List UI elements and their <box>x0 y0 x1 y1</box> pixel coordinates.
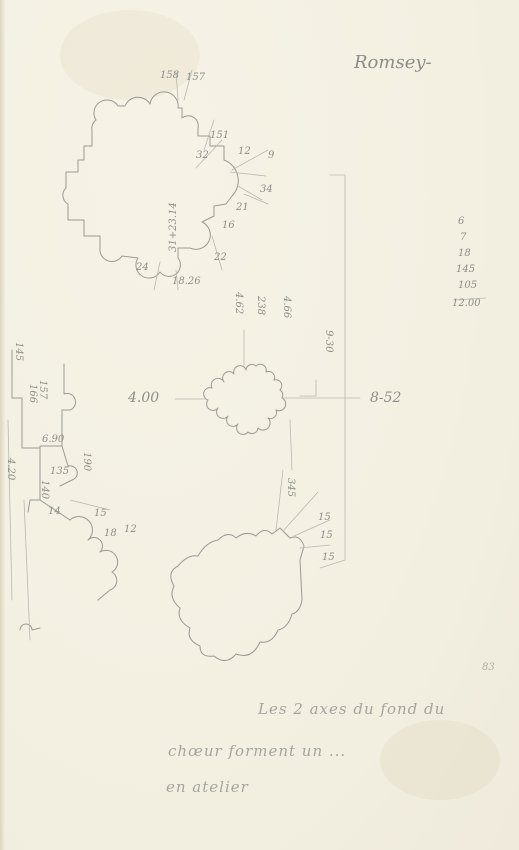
dim-label: 31+23.14 <box>168 202 179 252</box>
tally-value: 105 <box>458 280 477 291</box>
dim-label: 15 <box>94 508 107 519</box>
dim-label: 18 <box>104 528 117 539</box>
dim-label: 15 <box>322 552 335 563</box>
dim-label: 24 <box>136 262 149 273</box>
sketch-sheet: Romsey- 158 157 151 12 9 32 34 21 16 31+… <box>0 0 519 850</box>
dim-label: 157 <box>37 380 48 399</box>
dim-label: 14 <box>48 506 61 517</box>
dim-label: 9 <box>268 150 274 161</box>
dim-label: 158 <box>160 70 179 81</box>
sheet-title: Romsey- <box>354 52 432 73</box>
dim-label: 135 <box>50 466 69 477</box>
dim-label: 238 <box>255 296 266 315</box>
lower-pier-plan <box>171 470 330 661</box>
note-line: Les 2 axes du fond du <box>258 700 445 718</box>
dim-label: 15 <box>318 512 331 523</box>
corner-mark: 83 <box>482 662 495 673</box>
dim-label: 145 <box>13 342 24 361</box>
dim-label: 4.00 <box>128 390 159 406</box>
tally-total: 12.00 <box>452 298 481 309</box>
tally-value: 145 <box>456 264 475 275</box>
tally-value: 6 <box>458 216 464 227</box>
dim-label: 140 <box>39 480 50 499</box>
note-line: en atelier <box>166 778 249 796</box>
note-line: chœur forment un ... <box>168 742 346 760</box>
dim-label: 9-30 <box>323 330 334 352</box>
tally-value: 18 <box>458 248 471 259</box>
dim-label: 34 <box>260 184 273 195</box>
dim-label: 18.26 <box>172 276 201 287</box>
dim-label: 8-52 <box>370 390 401 406</box>
dim-label: 345 <box>285 478 296 497</box>
dim-label: 6.90 <box>42 434 64 445</box>
pencil-drawing <box>0 0 519 850</box>
dim-label: 21 <box>236 202 249 213</box>
middle-pier-plan <box>175 175 360 568</box>
dim-label: 32 <box>196 150 209 161</box>
dim-label: 22 <box>214 252 227 263</box>
dim-label: 12 <box>238 146 251 157</box>
left-fragment-plan <box>8 350 118 640</box>
dim-label: 157 <box>186 72 205 83</box>
tally-value: 7 <box>460 232 466 243</box>
dim-label: 4.62 <box>233 292 244 314</box>
dim-label: 4.20 <box>5 458 16 480</box>
dim-label: 151 <box>210 130 229 141</box>
dim-label: 4.66 <box>281 296 292 318</box>
dim-label: 12 <box>124 524 137 535</box>
upper-pier-plan <box>63 70 268 290</box>
dim-label: 16 <box>222 220 235 231</box>
dim-label: 15 <box>320 530 333 541</box>
dim-label: 190 <box>81 452 92 471</box>
